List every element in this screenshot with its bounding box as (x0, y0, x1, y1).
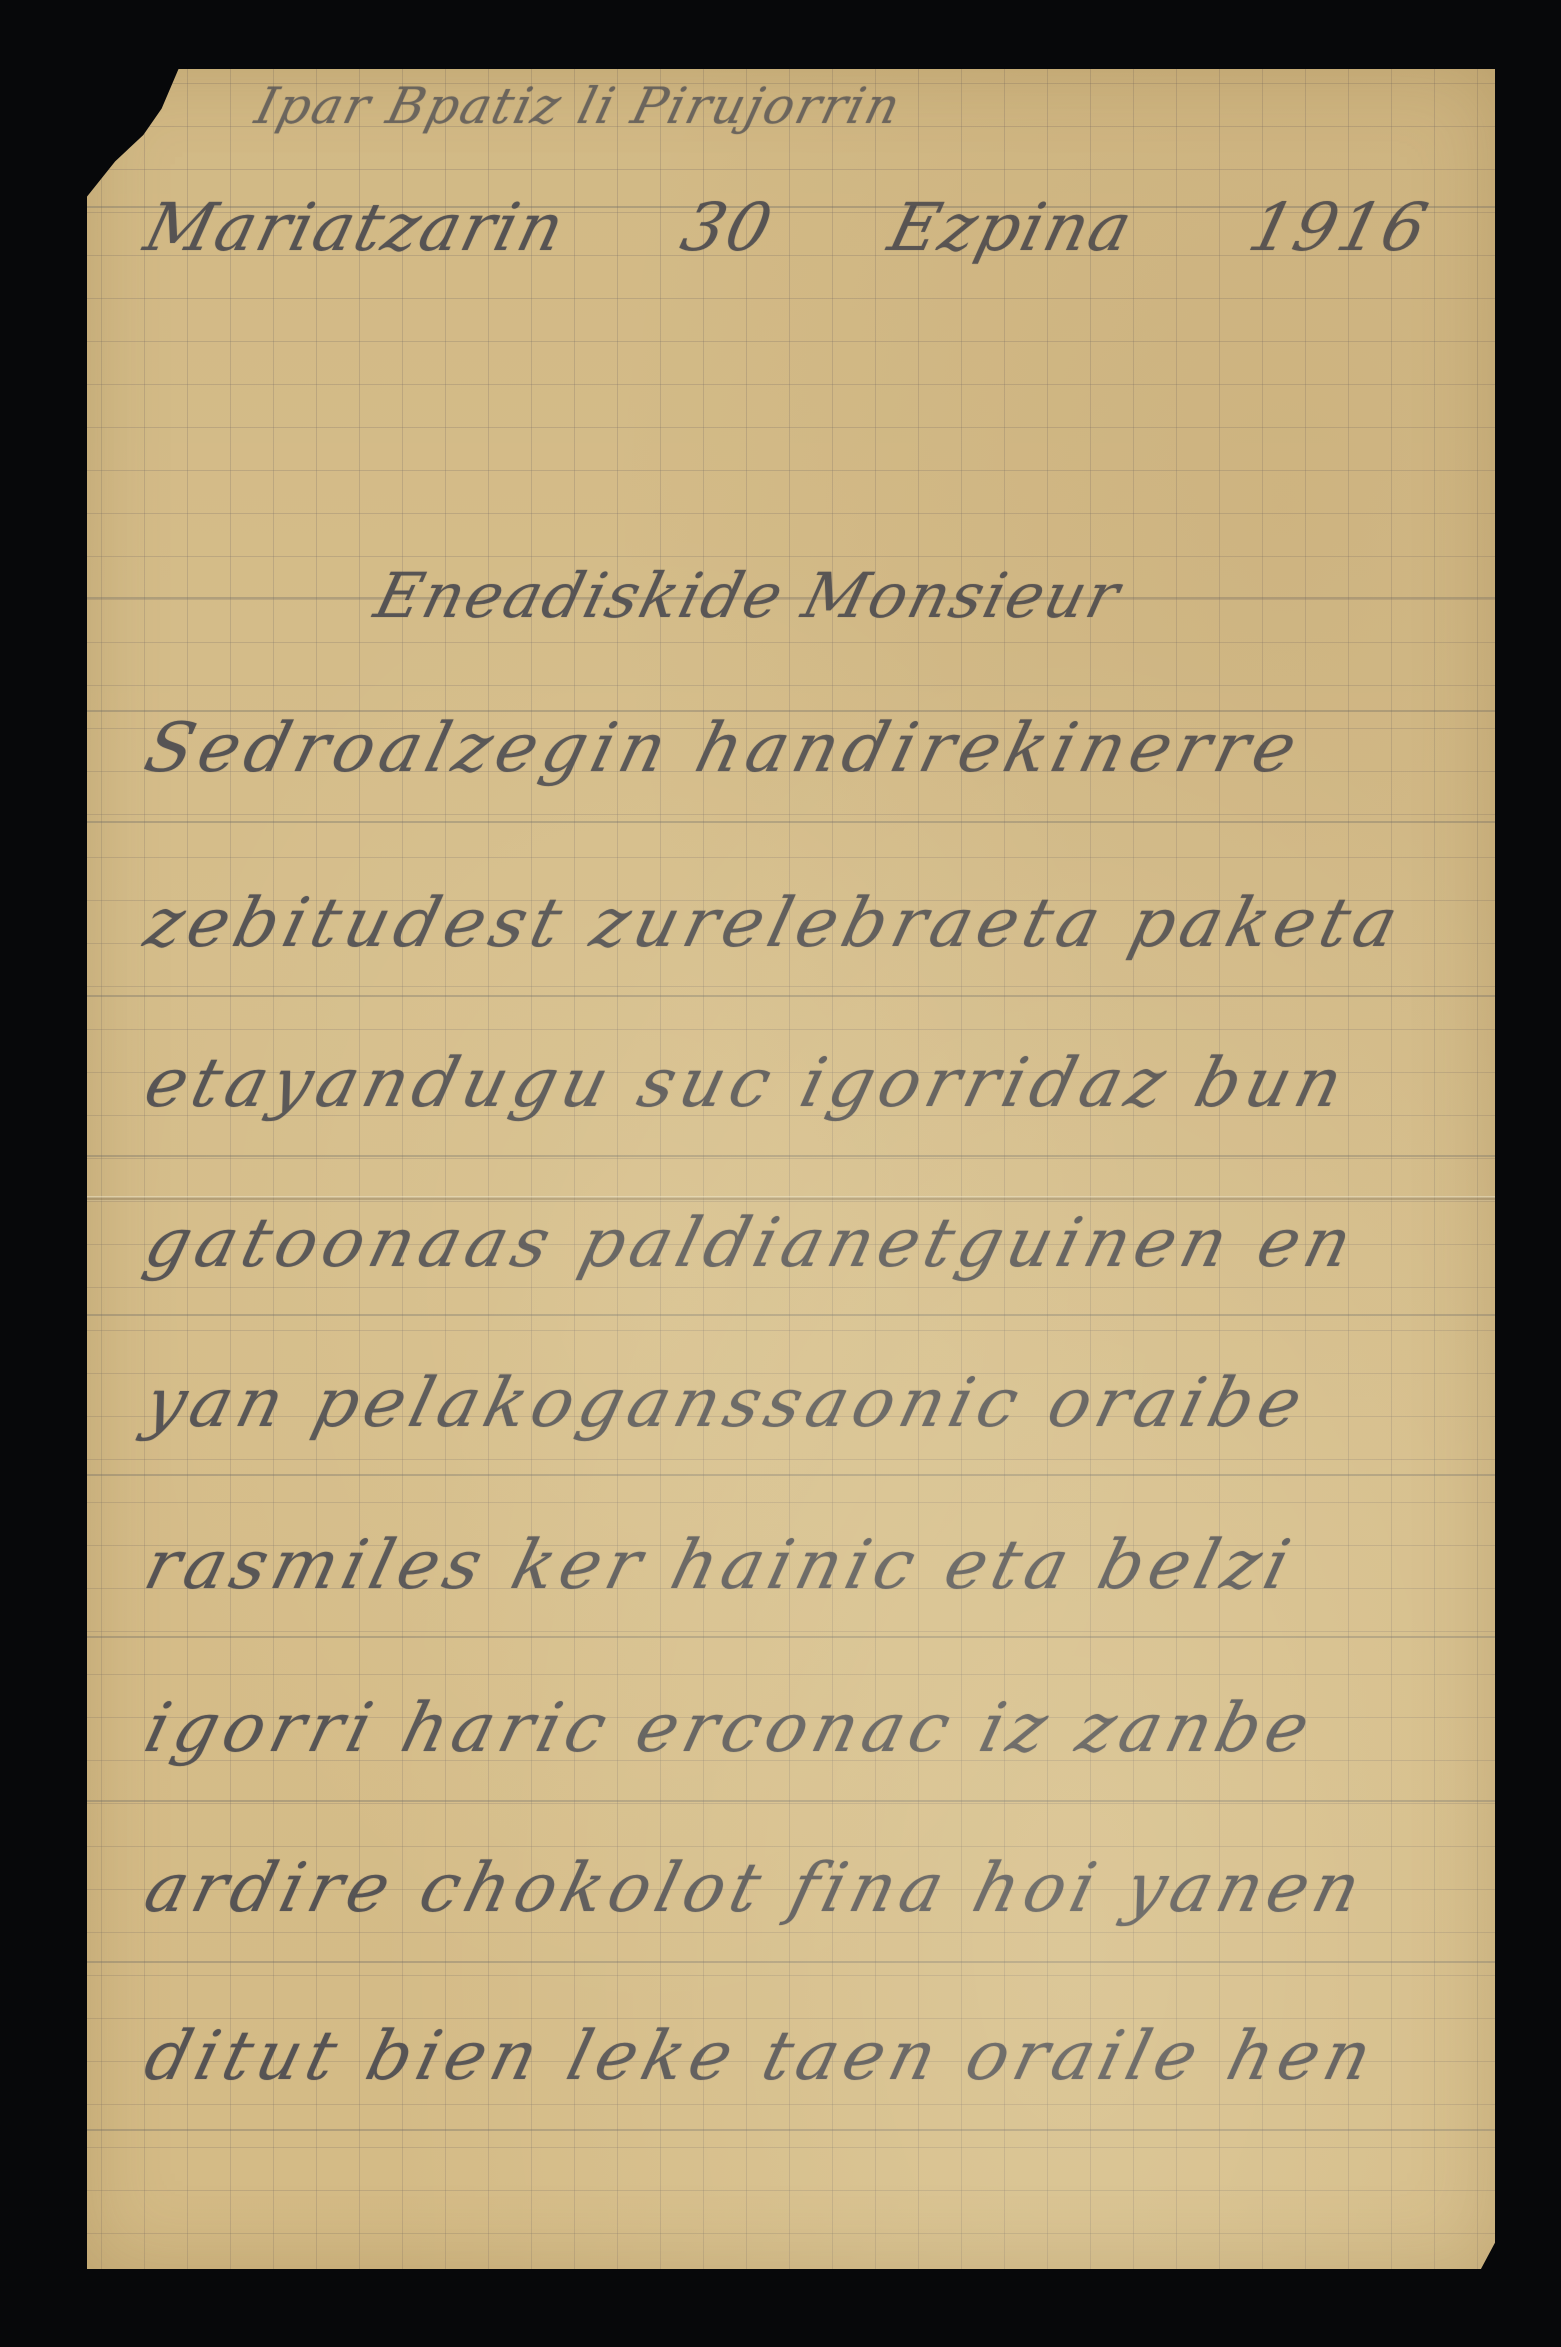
ruled-line (87, 995, 1495, 997)
ruled-line (87, 1961, 1495, 1963)
letter-page: Ipar Bpatiz li Pirujorrin Mariatzarin 30… (87, 69, 1495, 2269)
ruled-line (87, 1314, 1495, 1316)
body-line: gatoonaas paldianetguinen en (137, 1204, 1365, 1283)
ruled-line (87, 1155, 1495, 1157)
letter-date-line: Mariatzarin 30 Ezpina 1916 (137, 189, 1436, 266)
ruled-line (87, 2129, 1495, 2131)
body-line: etayandugu suc igorridaz bun (137, 1044, 1356, 1123)
date-place: Mariatzarin (137, 189, 573, 266)
ruled-line (87, 821, 1495, 823)
body-line: yan pelakoganssaonic oraibe (137, 1364, 1315, 1443)
ruled-line (87, 1636, 1495, 1638)
body-line: Sedroalzegin handirekinerre (137, 709, 1310, 788)
body-line: ditut bien leke taen oraile hen (137, 2017, 1385, 2096)
body-line: zebitudest zurelebraeta paketa (137, 884, 1411, 963)
date-year: 1916 (1241, 189, 1436, 266)
date-month: Ezpina (882, 189, 1141, 266)
date-day: 30 (674, 189, 781, 266)
body-line: rasmiles ker hainic eta belzi (137, 1526, 1303, 1605)
header-place-line: Ipar Bpatiz li Pirujorrin (250, 77, 908, 135)
paper-fold (87, 1196, 1495, 1201)
ruled-line (87, 1800, 1495, 1802)
salutation: Eneadiskide Monsieur (368, 559, 1129, 632)
body-line: ardire chokolot fina hoi yanen (137, 1849, 1374, 1928)
body-line: igorri haric erconac iz zanbe (137, 1689, 1323, 1768)
ruled-line (87, 1474, 1495, 1476)
